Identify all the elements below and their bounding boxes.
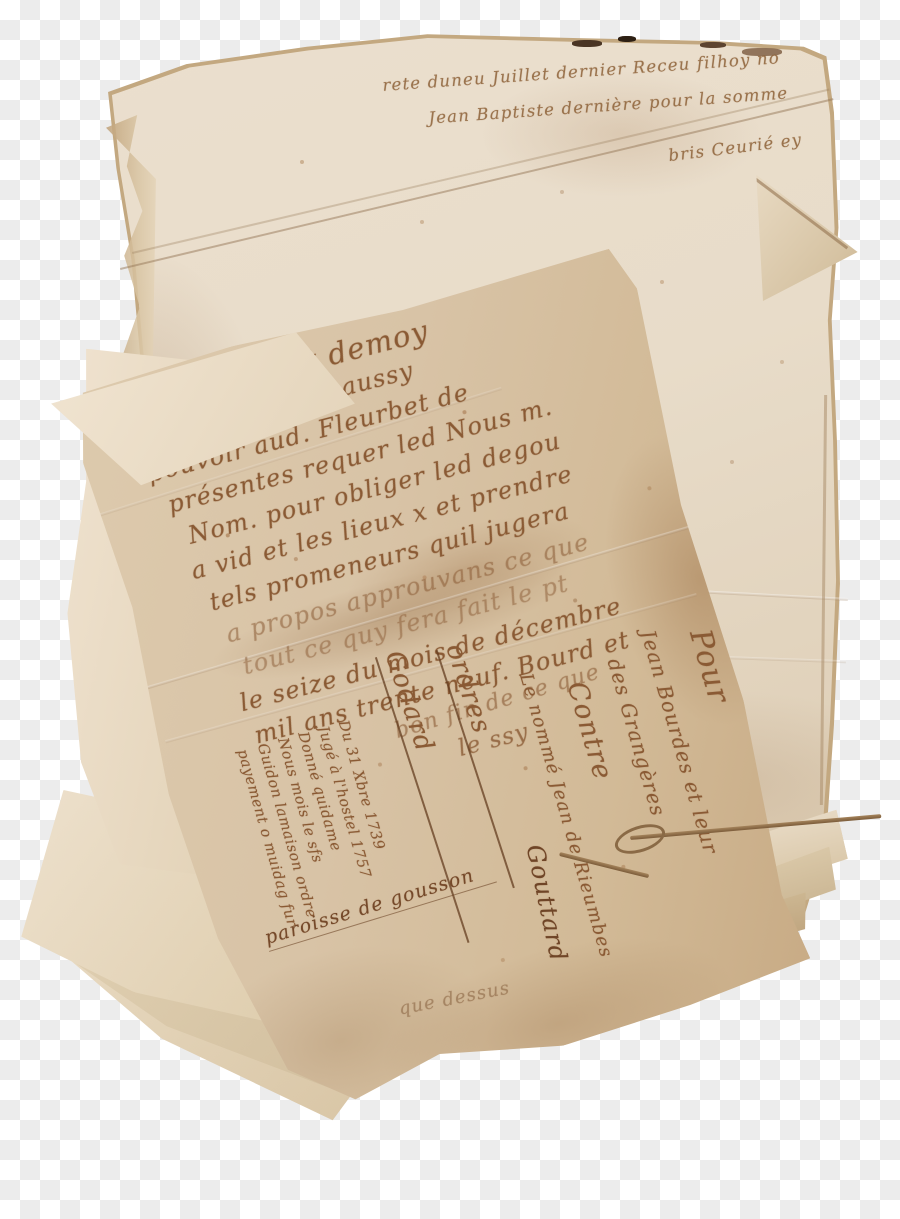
foxing-speckles — [300, 160, 304, 164]
burn-spot — [572, 40, 602, 47]
old-manuscripts-photo: rete duneu Juillet dernier Receu filhoy … — [0, 0, 900, 1219]
burn-spot — [618, 36, 636, 42]
burn-spot — [700, 42, 726, 48]
